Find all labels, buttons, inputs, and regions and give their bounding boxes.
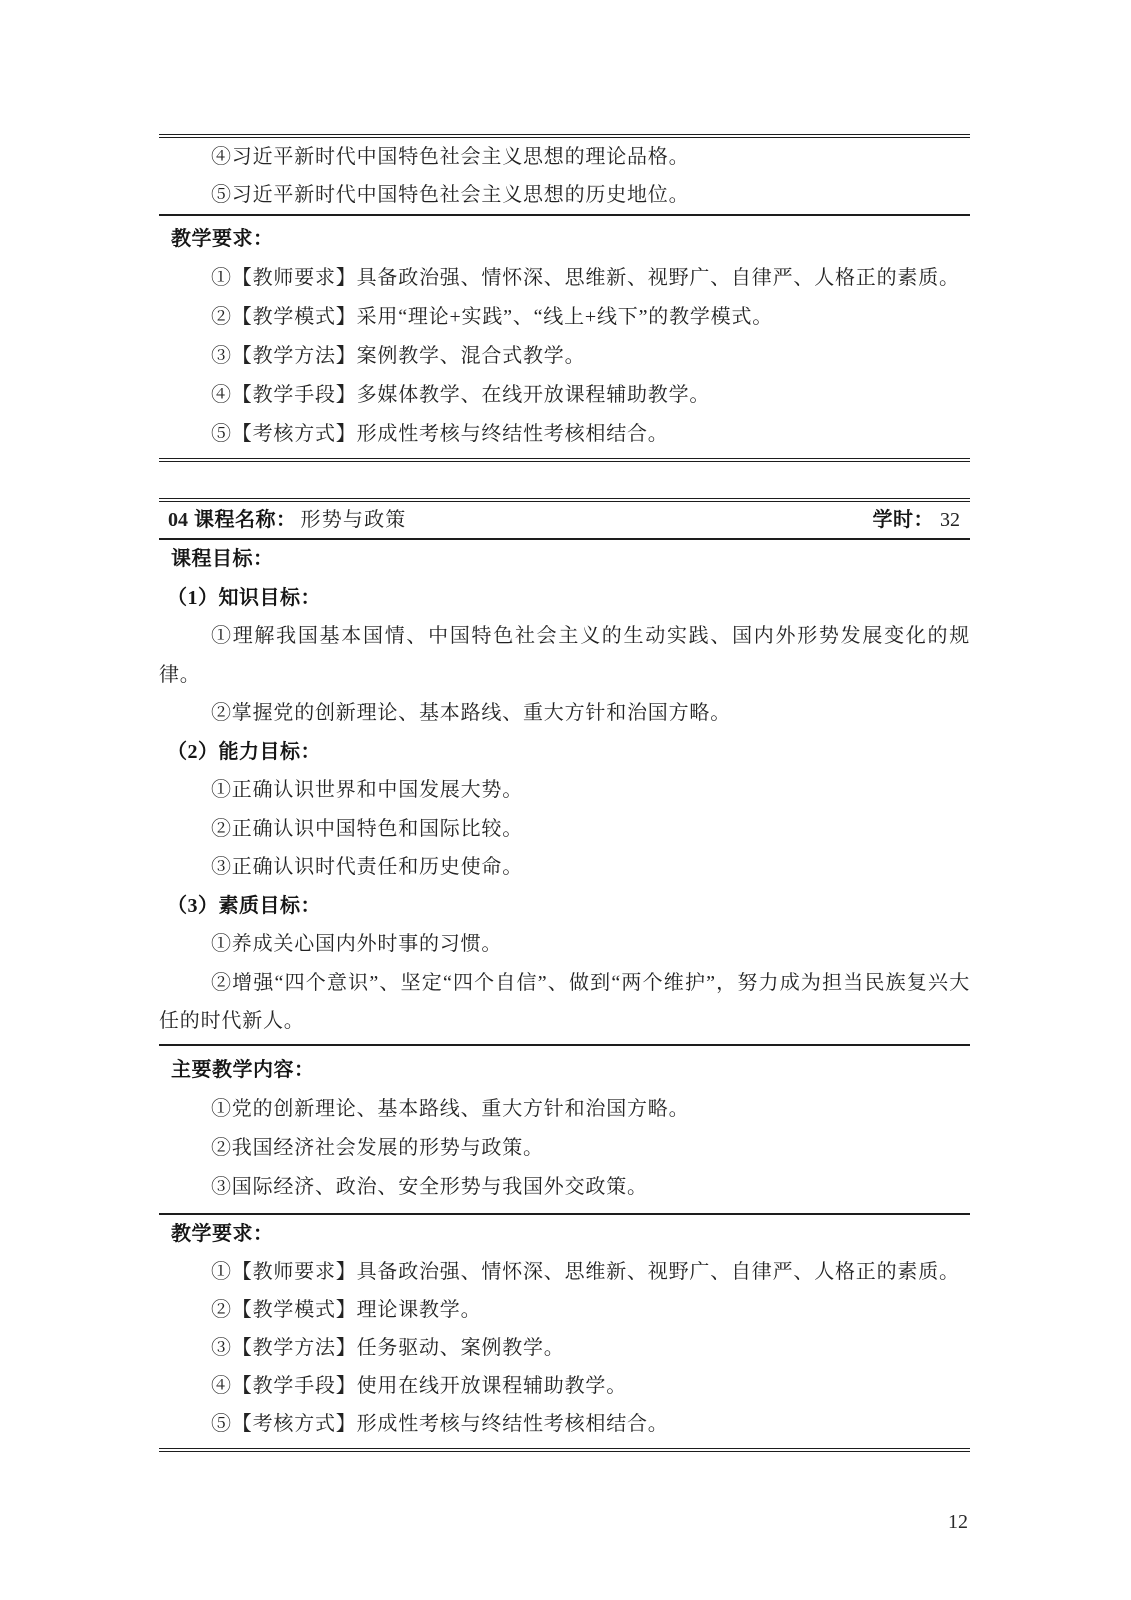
list-item: ③【教学方法】案例教学、混合式教学。 xyxy=(159,337,970,376)
subsection-heading: （2）能力目标： xyxy=(159,733,970,772)
section-bottom-border xyxy=(159,1448,970,1452)
document-page: { "page": { "number": "12", "background_… xyxy=(0,0,1131,1600)
list-item: ①正确认识世界和中国发展大势。 xyxy=(159,771,970,810)
class-hours-label: 学时： xyxy=(873,509,935,531)
section-heading: 教学要求： xyxy=(159,220,970,259)
list-item: ②正确认识中国特色和国际比较。 xyxy=(159,810,970,849)
list-item: ②【教学模式】理论课教学。 xyxy=(159,1291,970,1329)
course04-teaching-content: 主要教学内容： ①党的创新理论、基本路线、重大方针和治国方略。 ②我国经济社会发… xyxy=(159,1046,970,1213)
list-item: ②我国经济社会发展的形势与政策。 xyxy=(159,1129,970,1168)
course-name-label: 课程名称： xyxy=(194,509,297,531)
list-item: ①党的创新理论、基本路线、重大方针和治国方略。 xyxy=(159,1090,970,1129)
list-item: ①【教师要求】具备政治强、情怀深、思维新、视野广、自律严、人格正的素质。 xyxy=(159,1253,970,1291)
list-item: ①【教师要求】具备政治强、情怀深、思维新、视野广、自律严、人格正的素质。 xyxy=(159,259,970,298)
page-content: ④习近平新时代中国特色社会主义思想的理论品格。 ⑤习近平新时代中国特色社会主义思… xyxy=(159,0,970,1534)
course03-intro-items: ④习近平新时代中国特色社会主义思想的理论品格。 ⑤习近平新时代中国特色社会主义思… xyxy=(159,138,970,214)
course-name: 形势与政策 xyxy=(297,509,407,531)
list-item: ②【教学模式】采用“理论+实践”、“线上+线下”的教学模式。 xyxy=(159,298,970,337)
list-item: ③国际经济、政治、安全形势与我国外交政策。 xyxy=(159,1168,970,1207)
section-heading: 课程目标： xyxy=(159,540,970,579)
page-number: 12 xyxy=(159,1510,970,1534)
list-item: ①养成关心国内外时事的习惯。 xyxy=(159,925,970,964)
course04-teaching-requirements: 教学要求： ①【教师要求】具备政治强、情怀深、思维新、视野广、自律严、人格正的素… xyxy=(159,1215,970,1448)
section-gap xyxy=(159,462,970,498)
list-item: ①理解我国基本国情、中国特色社会主义的生动实践、国内外形势发展变化的规律。 xyxy=(159,617,970,694)
class-hours-value: 32 xyxy=(934,509,960,531)
subsection-heading: （1）知识目标： xyxy=(159,579,970,618)
list-item: ②掌握党的创新理论、基本路线、重大方针和治国方略。 xyxy=(159,694,970,733)
section-heading: 教学要求： xyxy=(159,1215,970,1253)
list-item: ④【教学手段】多媒体教学、在线开放课程辅助教学。 xyxy=(159,376,970,415)
list-item: ⑤习近平新时代中国特色社会主义思想的历史地位。 xyxy=(159,176,970,214)
list-item: ②增强“四个意识”、坚定“四个自信”、做到“两个维护”，努力成为担当民族复兴大任… xyxy=(159,964,970,1041)
section-heading: 主要教学内容： xyxy=(159,1051,970,1090)
list-item: ⑤【考核方式】形成性考核与终结性考核相结合。 xyxy=(159,415,970,454)
list-item: ④【教学手段】使用在线开放课程辅助教学。 xyxy=(159,1367,970,1405)
list-item: ③【教学方法】任务驱动、案例教学。 xyxy=(159,1329,970,1367)
class-hours: 学时：32 xyxy=(873,502,961,538)
list-item: ③正确认识时代责任和历史使命。 xyxy=(159,848,970,887)
course04-objectives: 课程目标： （1）知识目标： ①理解我国基本国情、中国特色社会主义的生动实践、国… xyxy=(159,540,970,1044)
course-header-row: 04课程名称：形势与政策 学时：32 xyxy=(159,502,970,538)
subsection-heading: （3）素质目标： xyxy=(159,887,970,926)
course-number: 04 xyxy=(168,509,194,531)
course03-teaching-requirements: 教学要求： ①【教师要求】具备政治强、情怀深、思维新、视野广、自律严、人格正的素… xyxy=(159,216,970,458)
list-item: ④习近平新时代中国特色社会主义思想的理论品格。 xyxy=(159,138,970,176)
list-item: ⑤【考核方式】形成性考核与终结性考核相结合。 xyxy=(159,1405,970,1443)
course-title: 04课程名称：形势与政策 xyxy=(168,502,407,538)
